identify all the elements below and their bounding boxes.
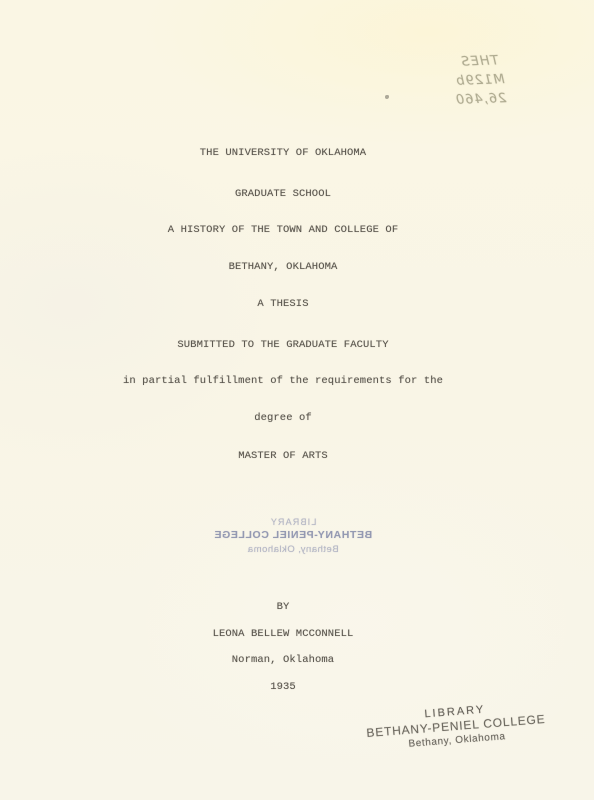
bleed-stamp-city-line: Bethany, Oklahoma: [0, 543, 586, 557]
thesis-title-line-2: BETHANY, OKLAHOMA: [0, 261, 566, 274]
degree-of-line: degree of: [0, 412, 566, 425]
library-stamp: LIBRARY BETHANY-PENIEL COLLEGE Bethany, …: [359, 699, 554, 756]
master-of-arts-line: MASTER OF ARTS: [0, 450, 566, 463]
bleed-stamp-library-line: LIBRARY: [0, 516, 586, 528]
thesis-title-line-1: A HISTORY OF THE TOWN AND COLLEGE OF: [0, 224, 566, 237]
submitted-line: SUBMITTED TO THE GRADUATE FACULTY: [0, 339, 566, 352]
a-thesis-line: A THESIS: [0, 298, 566, 311]
call-number-line-accession: 26,460: [438, 89, 523, 111]
graduate-school-line: GRADUATE SCHOOL: [0, 188, 566, 201]
bleedthrough-call-number: THES M129b 26,460: [437, 51, 523, 111]
bleed-stamp-college-line: BETHANY-PENIEL COLLEGE: [0, 528, 586, 543]
author-name: LEONA BELLEW MCCONNELL: [0, 628, 566, 641]
thesis-year: 1935: [0, 681, 566, 694]
fulfillment-line: in partial fulfillment of the requiremen…: [0, 375, 566, 388]
scan-speck: [385, 95, 389, 99]
thesis-title-page: THES M129b 26,460 THE UNIVERSITY OF OKLA…: [0, 0, 594, 800]
by-label: BY: [0, 601, 566, 614]
university-line: THE UNIVERSITY OF OKLAHOMA: [0, 147, 566, 160]
author-location: Norman, Oklahoma: [0, 654, 566, 667]
bleedthrough-library-stamp: LIBRARY BETHANY-PENIEL COLLEGE Bethany, …: [0, 516, 586, 557]
